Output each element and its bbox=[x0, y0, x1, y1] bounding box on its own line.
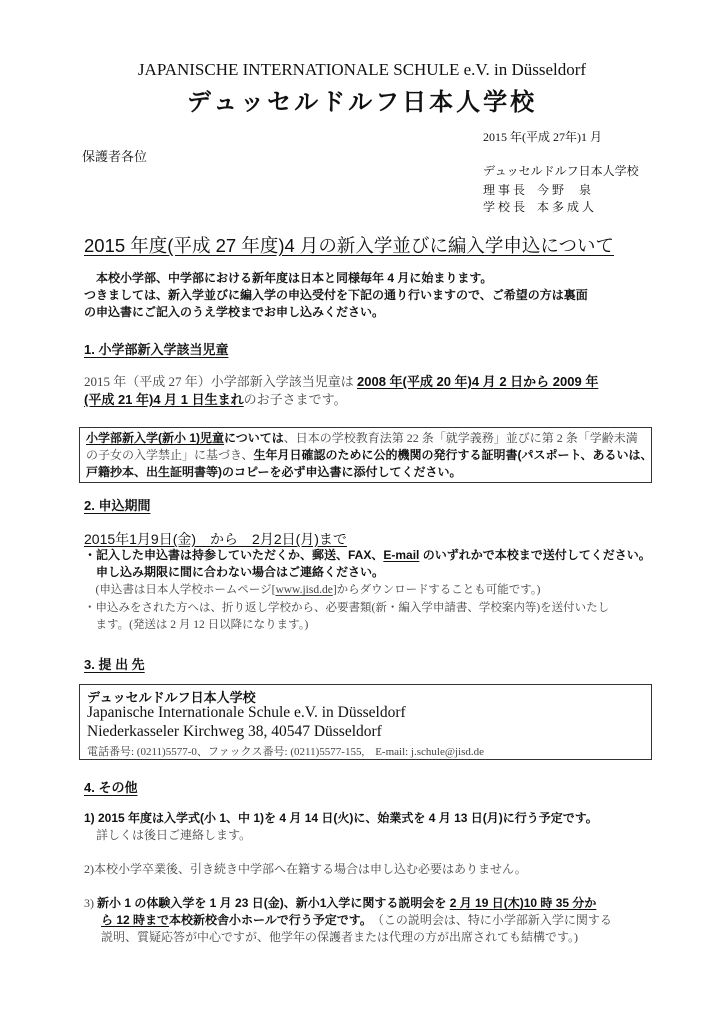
item-3-venue: 本校新校舎小ホールで行う予定です。 bbox=[169, 913, 366, 927]
application-period: 2015年1月9日(金) から 2月2日(月)まで bbox=[84, 529, 347, 549]
section-1-eligibility: 2015 年（平成 27 年）小学部新入学該当児童は 2008 年(平成 20 … bbox=[84, 373, 598, 391]
intro-line: の申込書にご記入のうえ学校までお申し込みください。 bbox=[84, 304, 384, 320]
bullet-submission-b: のいずれかで本校まで送付してください。 bbox=[419, 548, 650, 562]
bullet-submission-cont: 申し込み期限に間に合わない場合はご連絡ください。 bbox=[84, 564, 384, 580]
notice-line-1: 小学部新入学(新小 1)児童については、日本の学校教育法第 22 条「就学義務」… bbox=[86, 430, 638, 446]
other-item-1: 1) 2015 年度は入学式(小 1、中 1)を 4 月 14 日(火)に、始業… bbox=[84, 810, 598, 826]
school-contact: 電話番号: (0211)5577-0、ファックス番号: (0211)5577-1… bbox=[87, 743, 484, 759]
document-title: 2015 年度(平成 27 年度)4 月の新入学並びに編入学申込について bbox=[84, 232, 614, 258]
notice-line-3: 戸籍抄本、出生証明書等)のコピーを必ず申込書に添付してください。 bbox=[86, 464, 462, 480]
intro-line: 本校小学部、中学部における新年度は日本と同様毎年 4 月に始まります。 bbox=[84, 270, 492, 286]
notice-subject-suffix: については bbox=[224, 431, 284, 445]
sender-chair: 理 事 長 今 野 泉 bbox=[483, 181, 591, 198]
item-3-note: （この説明会は、特に小学部新入学に関する bbox=[366, 913, 612, 927]
item-3-trial: 新小 1 の体験入学を 1 月 23 日(金)、新小1入学に関する説明会を bbox=[97, 896, 450, 910]
section-1-eligibility-cont: (平成 21 年)4 月 1 日生まれのお子さまです。 bbox=[84, 391, 347, 409]
section-2-heading: 2. 申込期間 bbox=[84, 495, 150, 514]
item-3-number: 3) bbox=[84, 896, 97, 910]
notice-requirement: 生年月日確認のために公的機関の発行する証明書(パスポート、あるいは、 bbox=[254, 448, 653, 462]
notice-law-text-cont: の子女の入学禁止」に基づき、 bbox=[86, 448, 254, 462]
notice-line-2: の子女の入学禁止」に基づき、生年月日確認のために公的機関の発行する証明書(パスポ… bbox=[86, 447, 652, 463]
other-item-1-cont: 詳しくは後日ご連絡します。 bbox=[84, 827, 251, 843]
org-name-japanese: デュッセルドルフ日本人学校 bbox=[0, 82, 724, 117]
sender-principal: 学 校 長 本 多 成 人 bbox=[483, 198, 594, 215]
intro-line: つきましては、新入学並びに編入学の申込受付を下記の通り行いますので、ご希望の方は… bbox=[84, 287, 588, 303]
download-note-a: (申込書は日本人学校ホームページ[ bbox=[84, 584, 275, 596]
school-name-de: Japanische Internationale Schule e.V. in… bbox=[87, 704, 406, 722]
bullet-documents-cont: ます。(発送は 2 月 12 日以降になります。) bbox=[84, 618, 308, 633]
other-item-2: 2)本校小学卒業後、引き続き中学部へ在籍する場合は申し込む必要はありません。 bbox=[84, 861, 527, 877]
bullet-submission-a: ・記入した申込書は持参していただくか、郵送、FAX、 bbox=[84, 548, 383, 562]
other-item-3-cont: ら 12 時まで本校新校舎小ホールで行う予定です。 （この説明会は、特に小学部新… bbox=[101, 912, 612, 928]
notice-subject: 小学部新入学(新小 1)児童 bbox=[86, 431, 224, 445]
bullet-documents: ・申込みをされた方へは、折り返し学校から、必要書類(新・編入学申請書、学校案内等… bbox=[84, 601, 609, 616]
org-name-latin: JAPANISCHE INTERNATIONALE SCHULE e.V. in… bbox=[0, 60, 724, 80]
email-link[interactable]: E-mail bbox=[383, 548, 419, 562]
notice-law-text: 、日本の学校教育法第 22 条「就学義務」並びに第 2 条「学齢未満 bbox=[284, 431, 638, 445]
sender-school: デュッセルドルフ日本人学校 bbox=[483, 163, 639, 179]
section-3-heading: 3. 提 出 先 bbox=[84, 654, 145, 673]
other-item-3-note-cont: 説明、質疑応答が中心ですが、他学年の保護者または代理の方が出席されても結構です。… bbox=[101, 929, 578, 945]
eligibility-dates-end: (平成 21 年)4 月 1 日生まれ bbox=[84, 392, 244, 407]
school-address: Niederkasseler Kirchweg 38, 40547 Düssel… bbox=[87, 723, 382, 741]
download-note-b: ]からダウンロードすることも可能です。) bbox=[333, 584, 541, 596]
other-item-3: 3) 新小 1 の体験入学を 1 月 23 日(金)、新小1入学に関する説明会を… bbox=[84, 895, 596, 911]
eligibility-prefix: 2015 年（平成 27 年）小学部新入学該当児童は bbox=[84, 374, 357, 389]
document-date: 2015 年(平成 27年)1 月 bbox=[483, 129, 602, 145]
bullet-submission: ・記入した申込書は持参していただくか、郵送、FAX、E-mail のいずれかで本… bbox=[84, 547, 651, 563]
item-3-session-time: 2 月 19 日(木)10 時 35 分か bbox=[450, 896, 597, 910]
section-1-heading: 1. 小学部新入学該当児童 bbox=[84, 339, 228, 358]
download-note: (申込書は日本人学校ホームページ[www.jisd.de]からダウンロードするこ… bbox=[84, 583, 540, 598]
item-3-session-end: ら 12 時まで bbox=[101, 913, 169, 927]
addressee: 保護者各位 bbox=[82, 146, 147, 165]
eligibility-dates: 2008 年(平成 20 年)4 月 2 日から 2009 年 bbox=[357, 374, 598, 389]
eligibility-suffix: のお子さまです。 bbox=[244, 392, 347, 407]
section-4-heading: 4. その他 bbox=[84, 777, 137, 796]
homepage-link[interactable]: www.jisd.de bbox=[275, 584, 332, 596]
